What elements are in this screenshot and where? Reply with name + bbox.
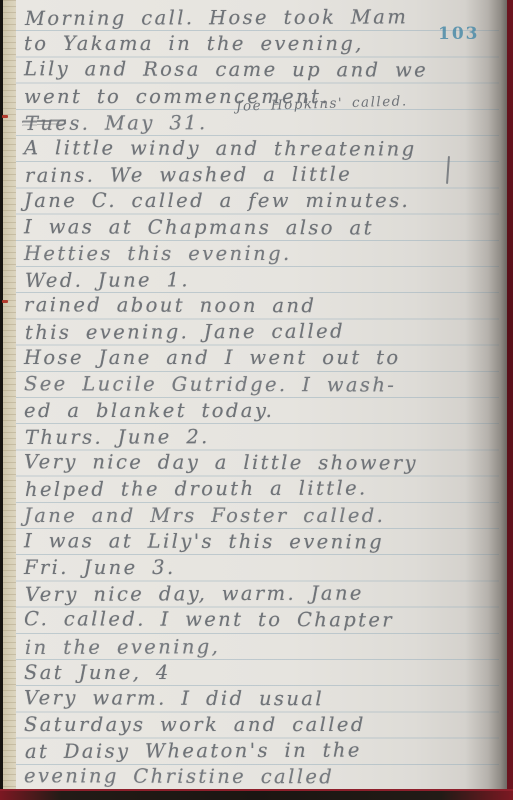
diary-line: at Daisy Wheaton's in the: [25, 737, 485, 765]
diary-line-date: Fri. June 3.: [24, 555, 484, 581]
diary-line: Very nice day, warm. Jane: [25, 580, 485, 608]
diary-page-scan: 103 Morning call. Hose took Mam to Yakam…: [0, 0, 513, 800]
diary-line-date: Wed. June 1.: [25, 266, 485, 294]
diary-line: to Yakama in the evening,: [24, 31, 484, 57]
overwrite-scribble: [22, 115, 66, 129]
handwriting-block: Morning call. Hose took Mam to Yakama in…: [24, 5, 484, 791]
diary-line: ed a blanket today.: [24, 398, 484, 424]
diary-line: rains. We washed a little: [25, 161, 485, 189]
diary-line: helped the drouth a little.: [25, 475, 485, 503]
page-stack-edge: [3, 0, 16, 800]
diary-line-date: Sat June, 4: [24, 660, 484, 686]
diary-line: Very warm. I did usual: [24, 685, 484, 713]
red-edge-tick: [2, 115, 8, 118]
diary-line: rained about noon and: [24, 292, 484, 320]
diary-line: I was at Lily's this evening: [24, 528, 484, 556]
diary-line: in the evening,: [25, 632, 485, 660]
diary-line: this evening. Jane called: [25, 318, 485, 346]
diary-line: A little windy and threatening: [24, 135, 484, 163]
diary-line: evening Christine called: [24, 764, 484, 792]
diary-line: I was at Chapmans also at: [24, 214, 484, 242]
book-cover-right: [507, 0, 513, 800]
diary-line: Jane and Mrs Foster called.: [24, 503, 484, 529]
diary-line: Very nice day a little showery: [24, 449, 484, 477]
red-edge-tick: [2, 300, 8, 303]
diary-line: Hose Jane and I went out to: [24, 345, 484, 371]
diary-line-date: Thurs. June 2.: [25, 423, 485, 451]
diary-line: Morning call. Hose took Mam: [25, 4, 485, 32]
diary-line: Saturdays work and called: [24, 712, 484, 738]
diary-line: Lily and Rosa came up and we: [24, 57, 484, 85]
diary-line: Hetties this evening.: [24, 241, 484, 267]
diary-line: See Lucile Gutridge. I wash-: [24, 371, 484, 399]
diary-line: C. called. I went to Chapter: [24, 607, 484, 635]
diary-line: Jane C. called a few minutes.: [24, 188, 484, 214]
